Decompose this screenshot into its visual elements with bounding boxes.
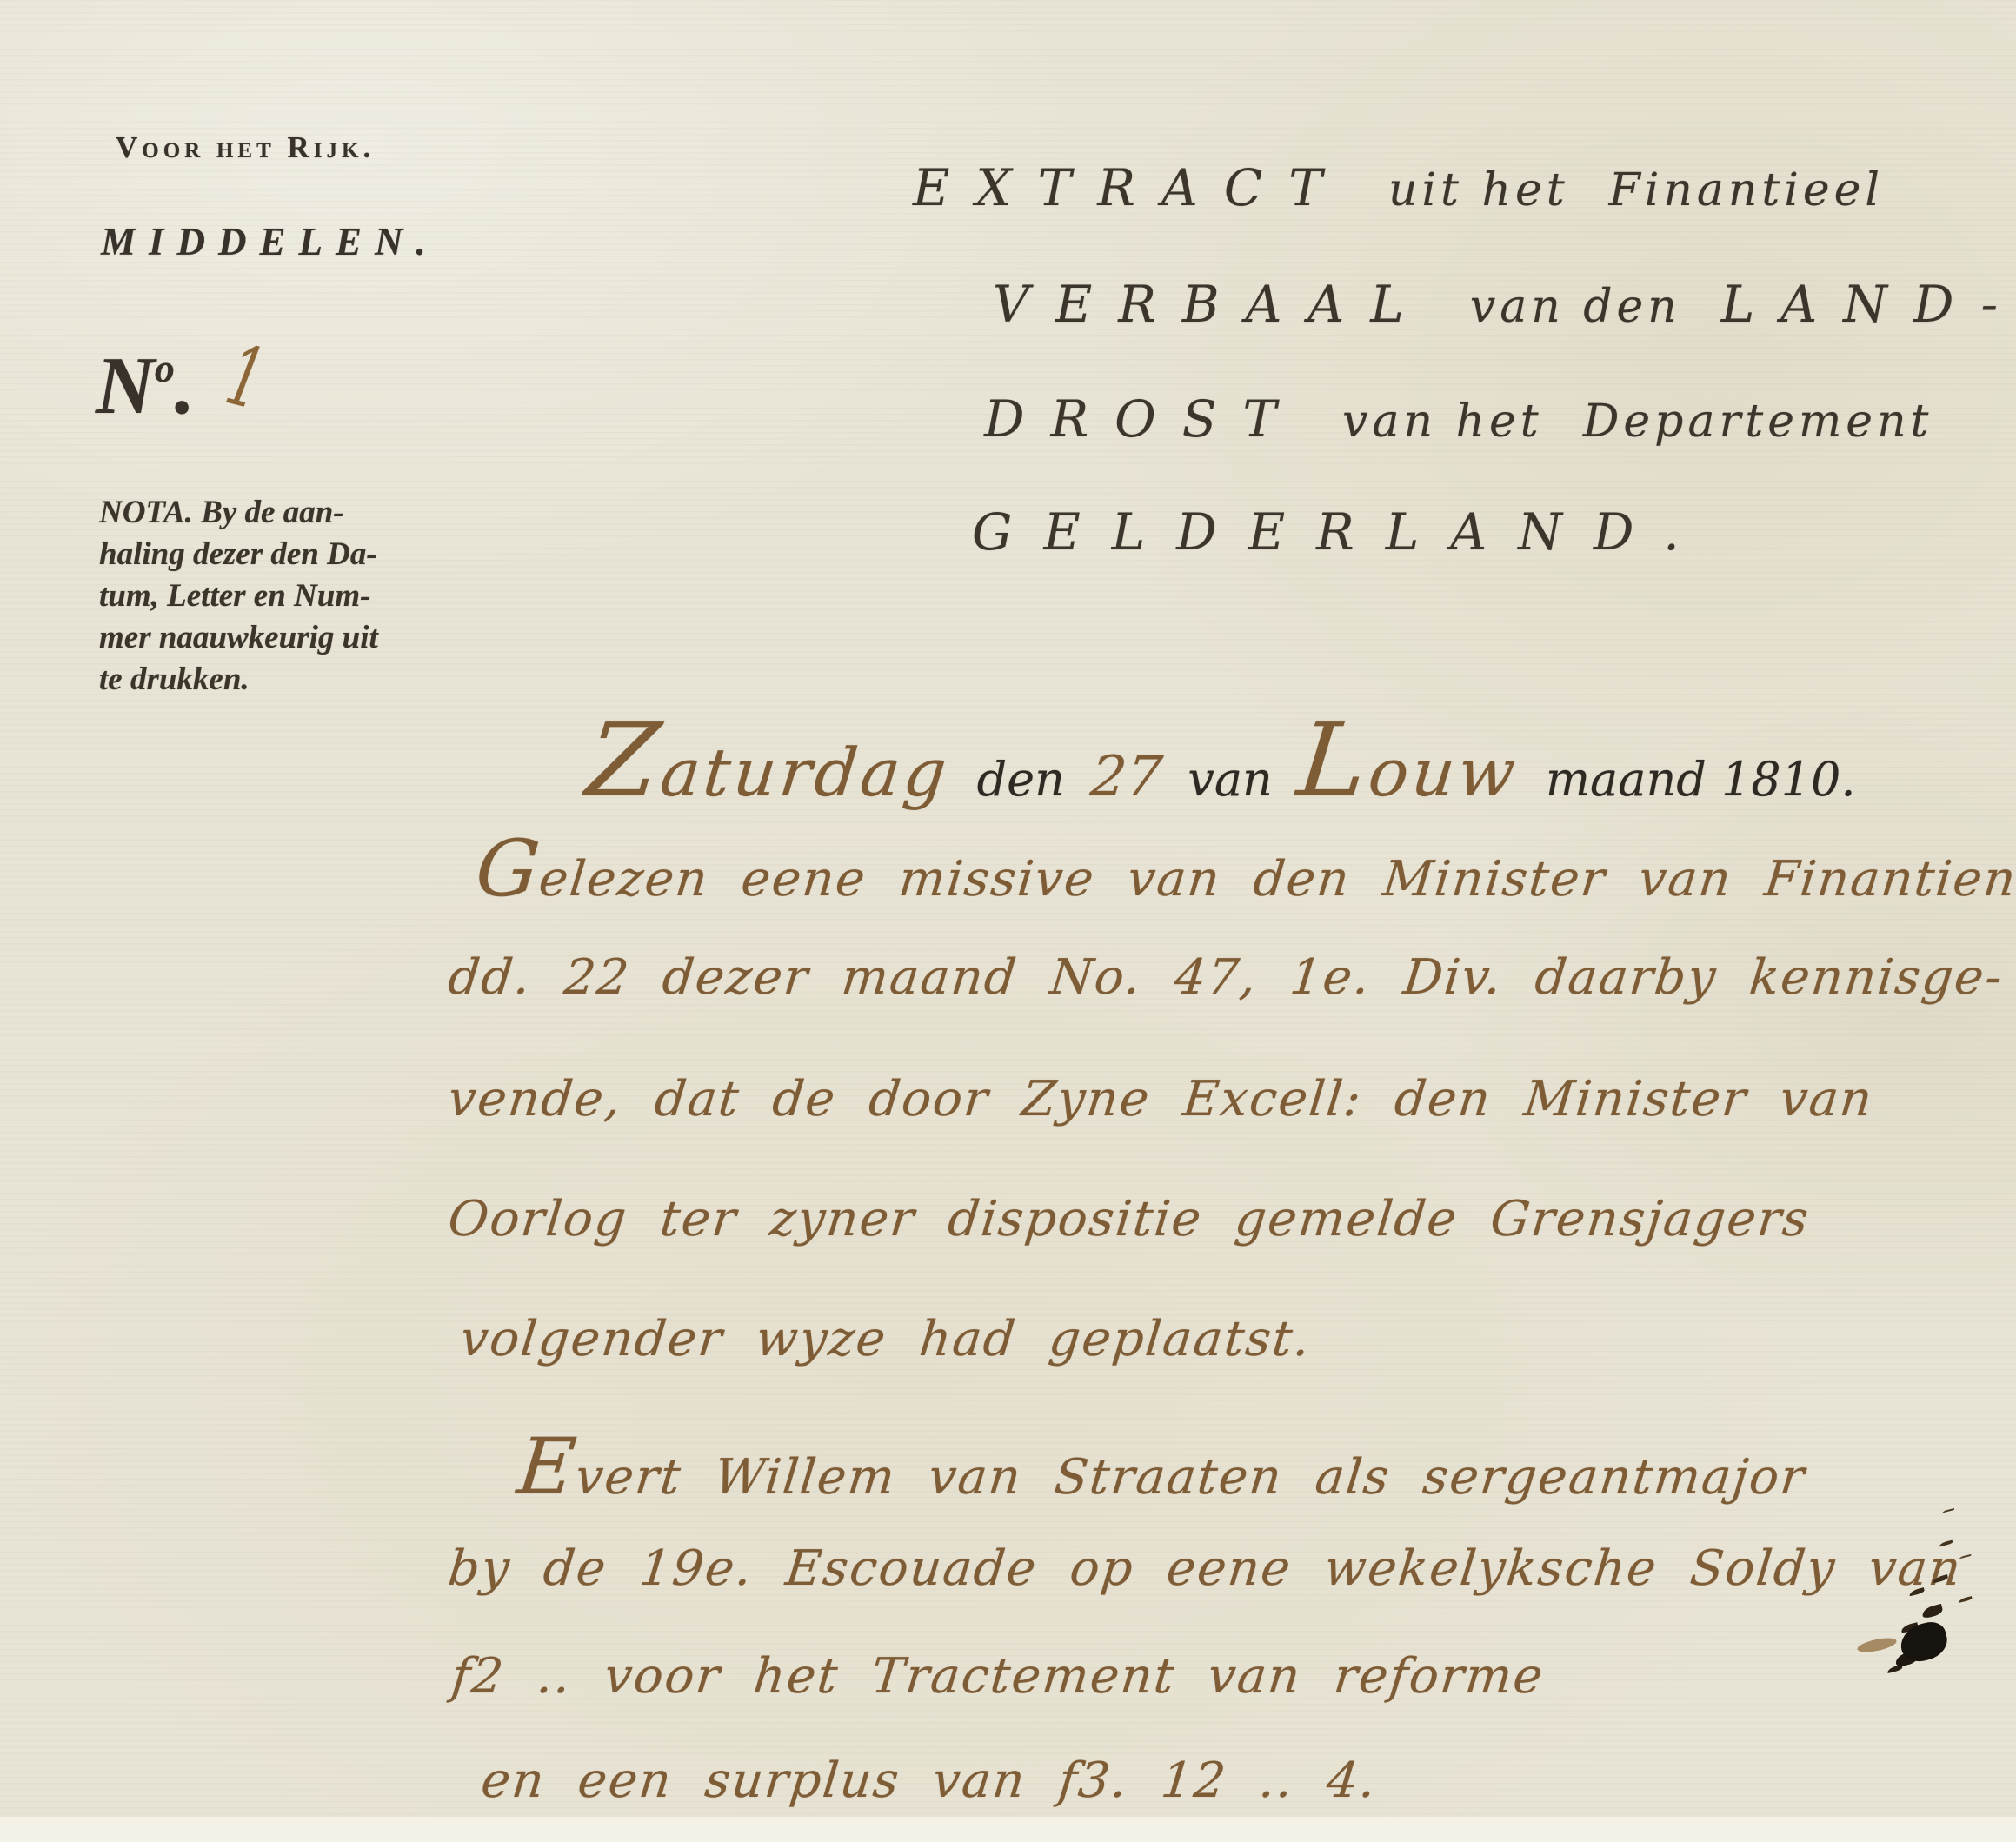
nota-instruction-block: NOTA. By de aan- haling dezer den Da- tu… xyxy=(99,492,378,701)
printed-month-and-year: maand 1810. xyxy=(1546,752,1856,807)
title-line-1: EXTRACTuit hetFinantieel xyxy=(913,158,1924,217)
nota-line: haling dezer den Da- xyxy=(99,534,378,575)
title-word-gelderland: GELDERLAND. xyxy=(972,502,1711,562)
title-line-4: GELDERLAND. xyxy=(972,502,1751,562)
body-line: vende, dat de door Zyne Excell: den Mini… xyxy=(446,1071,1877,1127)
date-line: Zaturdag den 27 van Louw maand 1810. xyxy=(588,701,1882,820)
paper-bottom-edge xyxy=(0,1817,2016,1842)
title-word-land: LAND- xyxy=(1721,275,2016,334)
title-connector: van den xyxy=(1470,281,1681,333)
handwritten-month-prefix: Louw xyxy=(1293,701,1526,820)
nota-line: NOTA. By de aan- xyxy=(99,492,378,534)
scanned-document-page: Voor het Rijk. MIDDELEN. No. 1 NOTA. By … xyxy=(0,0,2016,1842)
ink-blot xyxy=(1897,1619,1952,1666)
body-line: dd. 22 dezer maand No. 47, 1e. Div. daar… xyxy=(446,949,2006,1006)
stamp-heading-voor-het-rijk: Voor het Rijk. xyxy=(116,130,375,165)
number-label-superscript: o xyxy=(155,346,175,390)
number-label-dot: . xyxy=(175,341,196,431)
handwritten-document-number: 1 xyxy=(218,326,274,429)
handwritten-day-number: 27 xyxy=(1088,745,1165,809)
body-line: by de 19e. Escouade op eene wekelyksche … xyxy=(446,1540,1966,1597)
title-word-verbaal: VERBAAL xyxy=(993,275,1430,334)
title-word-drost: DROST xyxy=(984,389,1302,449)
title-word-departement: Departement xyxy=(1583,396,1933,448)
title-word-extract: EXTRACT xyxy=(913,158,1348,217)
body-line: f2 .. voor het Tractement van reforme xyxy=(449,1648,1547,1705)
title-connector: uit het xyxy=(1388,164,1569,216)
body-line: volgender wyze had geplaatst. xyxy=(458,1311,1314,1367)
printed-word-van: van xyxy=(1188,752,1272,807)
body-line: en een surplus van f3. 12 .. 4. xyxy=(479,1752,1381,1809)
title-word-finantieel: Finantieel xyxy=(1609,164,1884,216)
body-line: Oorlog ter zyner dispositie gemelde Gren… xyxy=(446,1191,1813,1247)
nota-line: tum, Letter en Num- xyxy=(99,575,378,617)
body-line: Evert Willem van Straaten als sergeantma… xyxy=(514,1422,1812,1513)
nota-line: te drukken. xyxy=(99,659,378,701)
ink-smear xyxy=(1856,1635,1898,1654)
nota-line: mer naauwkeurig uit xyxy=(99,617,378,659)
title-line-3: DROSTvan hetDepartement xyxy=(984,389,1973,449)
printed-word-den: den xyxy=(977,752,1065,807)
number-label: No. xyxy=(96,339,195,433)
handwritten-weekday: Zaturdag xyxy=(582,701,957,820)
number-label-n: N xyxy=(96,341,155,431)
body-line: Gelezen eene missive van den Minister va… xyxy=(472,824,2016,914)
stamp-heading-middelen: MIDDELEN. xyxy=(101,219,439,264)
title-line-2: VERBAALvan denLAND- xyxy=(993,275,2016,334)
title-connector: van het xyxy=(1342,396,1543,448)
